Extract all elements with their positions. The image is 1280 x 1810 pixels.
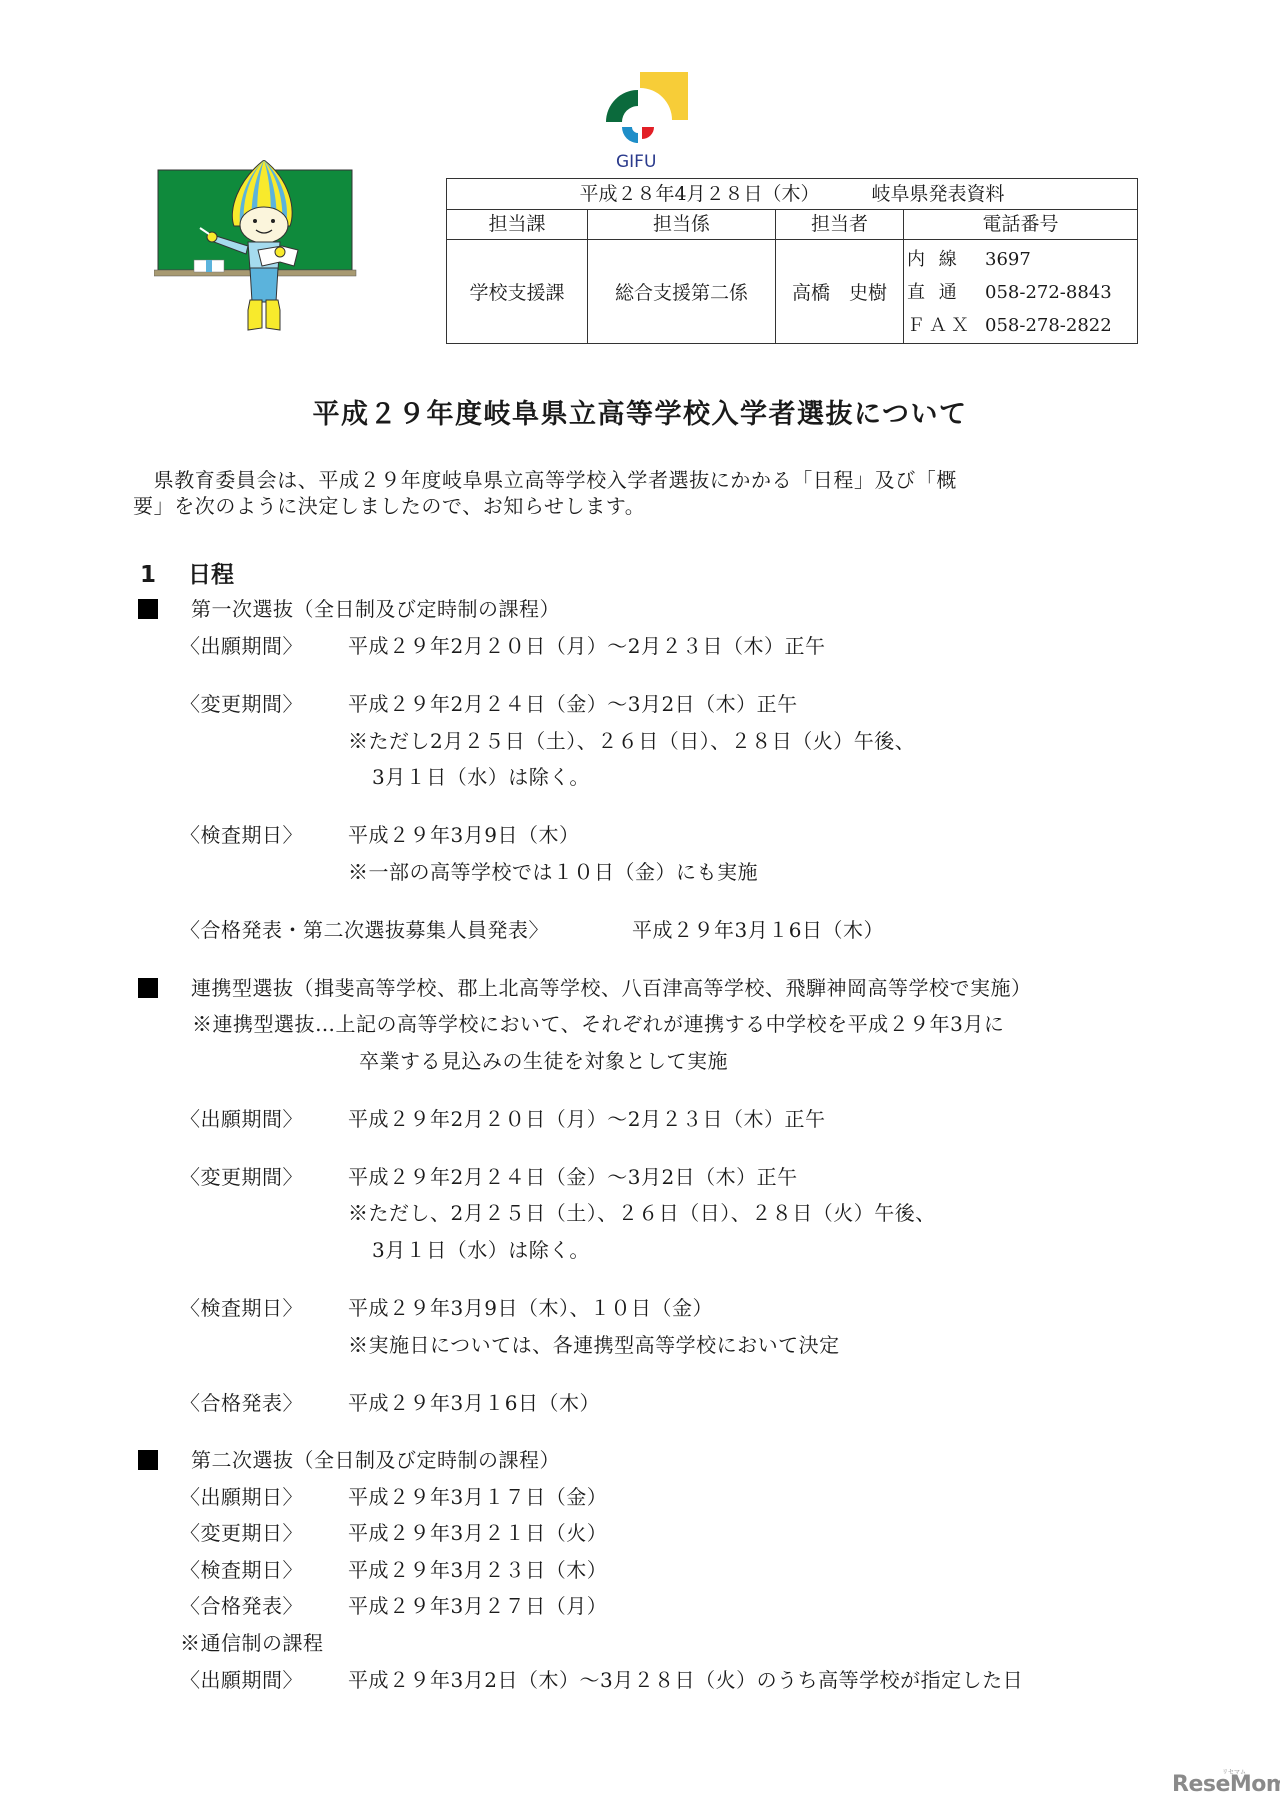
- second-row-value: 平成２９年3月２３日（木）: [348, 1558, 607, 1582]
- partnership-selection-title: 連携型選抜（揖斐高等学校、郡上北高等学校、八百津高等学校、飛騨神岡高等学校で実施…: [191, 976, 1032, 1000]
- first-result-label: 〈合格発表・第二次選抜募集人員発表〉: [180, 918, 549, 942]
- first-application-label: 〈出願期間〉: [180, 634, 303, 658]
- phone-fax: ＦＡＸ058-278-2822: [907, 309, 1112, 342]
- first-exam-value: 平成２９年3月9日（木）: [348, 823, 579, 847]
- gifu-logo: GIFU: [600, 72, 692, 172]
- section-title: 日程: [188, 562, 234, 588]
- first-change-label: 〈変更期間〉: [180, 692, 303, 716]
- header-department: 担当課: [447, 209, 588, 240]
- second-row-label: 〈変更期日〉: [180, 1521, 303, 1545]
- cell-phone: 内 線3697 直 通058-272-8843 ＦＡＸ058-278-2822: [907, 243, 1112, 342]
- first-exam-label: 〈検査期日〉: [180, 823, 303, 847]
- cell-section: 総合支援第二係: [588, 240, 776, 343]
- partnership-result-label: 〈合格発表〉: [180, 1391, 303, 1415]
- press-info-table: 平成２８年4月２８日（木）岐阜県発表資料 担当課 担当係 担当者 電話番号 学校…: [446, 178, 1138, 344]
- second-row-value: 平成２９年3月２１日（火）: [348, 1521, 607, 1545]
- second-row-label: 〈合格発表〉: [180, 1594, 303, 1618]
- section-heading: 1日程: [140, 556, 234, 589]
- partnership-change-note-1: ※ただし、2月２５日（土）、２６日（日）、２８日（火）午後、: [348, 1201, 936, 1225]
- press-source: 岐阜県発表資料: [872, 183, 1005, 205]
- section-number: 1: [140, 562, 188, 588]
- logo-text: GIFU: [616, 152, 656, 172]
- bullet-square-icon: [138, 978, 158, 998]
- second-row-value: 平成２９年3月２７日（月）: [348, 1594, 607, 1618]
- mascot-teacher-icon: [154, 160, 360, 340]
- second-row-label: 〈出願期日〉: [180, 1485, 303, 1509]
- cell-person: 高橋 史樹: [776, 240, 904, 343]
- partnership-application-label: 〈出願期間〉: [180, 1107, 303, 1131]
- partnership-exam-label: 〈検査期日〉: [180, 1296, 303, 1320]
- intro-line-2: 要」を次のように決定しましたので、お知らせします。: [133, 494, 645, 519]
- bullet-square-icon: [138, 1450, 158, 1470]
- phone-direct: 直 通058-272-8843: [907, 276, 1112, 309]
- mascot-illustration: [154, 160, 360, 340]
- correspondence-value: 平成２９年3月2日（木）～3月２８日（火）のうち高等学校が指定した日: [348, 1668, 1023, 1692]
- header-person: 担当者: [776, 209, 904, 240]
- correspondence-label: 〈出願期間〉: [180, 1668, 303, 1692]
- header-section: 担当係: [588, 209, 776, 240]
- partnership-change-value: 平成２９年2月２４日（金）～3月2日（木）正午: [348, 1165, 798, 1189]
- person-value: 高橋 史樹: [792, 278, 887, 305]
- partnership-exam-note: ※実施日については、各連携型高等学校において決定: [348, 1333, 840, 1357]
- first-change-note-2: 3月１日（水）は除く。: [372, 765, 590, 789]
- bullet-square-icon: [138, 599, 158, 619]
- second-row-value: 平成２９年3月１７日（金）: [348, 1485, 607, 1509]
- partnership-exam-value: 平成２９年3月9日（木）、１０日（金）: [348, 1296, 713, 1320]
- partnership-application-value: 平成２９年2月２０日（月）～2月２３日（木）正午: [348, 1107, 825, 1131]
- first-change-value: 平成２９年2月２４日（金）～3月2日（木）正午: [348, 692, 798, 716]
- partnership-change-note-2: 3月１日（水）は除く。: [372, 1238, 590, 1262]
- first-result-value: 平成２９年3月１6日（木）: [632, 918, 884, 942]
- resemom-watermark-sub: リセマム: [1222, 1767, 1246, 1776]
- partnership-note-2: 卒業する見込みの生徒を対象として実施: [359, 1049, 728, 1073]
- gifu-logo-icon: [600, 72, 692, 152]
- press-date: 平成２８年4月２８日（木）: [579, 183, 819, 205]
- partnership-result-value: 平成２９年3月１6日（木）: [348, 1391, 600, 1415]
- header-phone: 電話番号: [904, 209, 1137, 240]
- first-selection-title: 第一次選抜（全日制及び定時制の課程）: [191, 597, 560, 621]
- partnership-change-label: 〈変更期間〉: [180, 1165, 303, 1189]
- press-date-row: 平成２８年4月２８日（木）岐阜県発表資料: [447, 179, 1137, 210]
- section-value: 総合支援第二係: [615, 278, 748, 305]
- partnership-note-1: ※連携型選抜…上記の高等学校において、それぞれが連携する中学校を平成２９年3月に: [192, 1012, 1004, 1036]
- phone-extension: 内 線3697: [907, 243, 1112, 276]
- intro-line-1: 県教育委員会は、平成２９年度岐阜県立高等学校入学者選抜にかかる「日程」及び「概: [133, 468, 957, 493]
- second-row-label: 〈検査期日〉: [180, 1558, 303, 1582]
- cell-department: 学校支援課: [447, 240, 588, 343]
- first-exam-note: ※一部の高等学校では１０日（金）にも実施: [348, 860, 758, 884]
- page-title: 平成２９年度岐阜県立高等学校入学者選抜について: [0, 392, 1280, 431]
- second-selection-title: 第二次選抜（全日制及び定時制の課程）: [191, 1448, 560, 1472]
- first-application-value: 平成２９年2月２０日（月）～2月２３日（木）正午: [348, 634, 825, 658]
- first-change-note-1: ※ただし2月２５日（土）、２６日（日）、２８日（火）午後、: [348, 729, 915, 753]
- correspondence-note: ※通信制の課程: [180, 1631, 324, 1655]
- department-value: 学校支援課: [469, 278, 564, 305]
